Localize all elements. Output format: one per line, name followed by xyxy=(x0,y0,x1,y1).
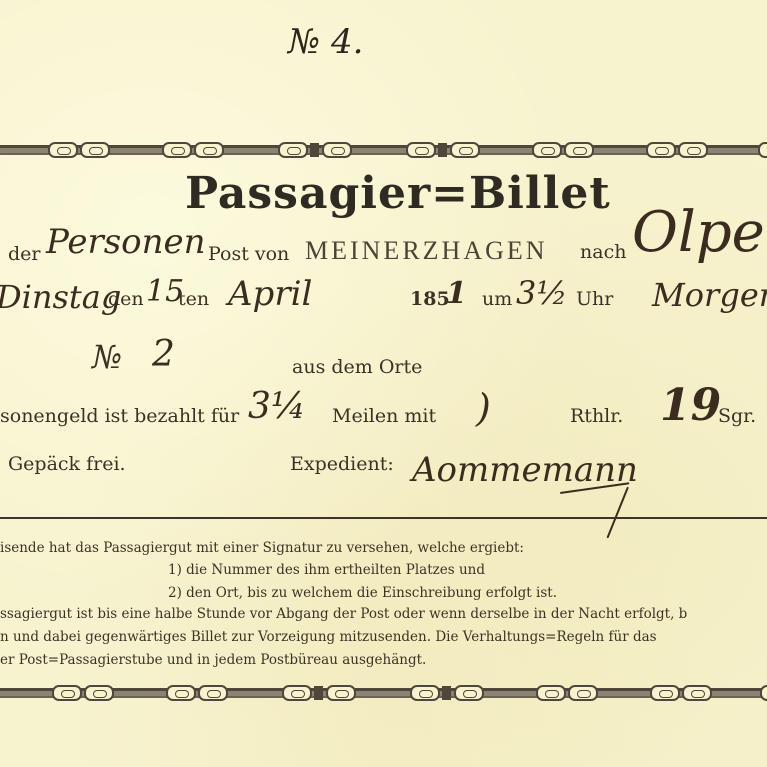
instruction-item-1: 1) die Nummer des ihm ertheilten Platzes… xyxy=(168,562,485,578)
place-label: aus dem Orte xyxy=(292,356,422,378)
ornament-icon xyxy=(758,142,767,158)
ornament-icon xyxy=(646,142,676,158)
weekday-handwritten: Dinstag xyxy=(0,278,121,316)
post-label: Post von xyxy=(208,243,289,265)
day-label-ten: ten xyxy=(178,288,209,310)
ornament-icon xyxy=(48,142,78,158)
ornament-icon xyxy=(454,685,484,701)
thaler-label: Rthlr. xyxy=(570,405,623,427)
ornament-square-icon xyxy=(438,143,447,157)
ornament-icon xyxy=(322,142,352,158)
ornament-icon xyxy=(410,685,440,701)
fare-label: sonengeld ist bezahlt für xyxy=(0,405,239,427)
ornament-icon xyxy=(564,142,594,158)
ornament-square-icon xyxy=(314,686,323,700)
day-label-den: den xyxy=(108,288,144,310)
ornament-square-icon xyxy=(442,686,451,700)
miles-label: Meilen mit xyxy=(332,405,436,427)
ornament-icon xyxy=(282,685,312,701)
ornament-icon xyxy=(650,685,680,701)
signature-flourish-tail xyxy=(606,487,628,539)
ornament-icon xyxy=(194,142,224,158)
ornament-icon xyxy=(536,685,566,701)
clerk-label: Expedient: xyxy=(290,453,394,475)
ornament-square-icon xyxy=(310,143,319,157)
distance-handwritten: 3¼ xyxy=(248,386,306,427)
period-handwritten: Morgens xyxy=(652,276,767,314)
silver-groschen-label: Sgr. xyxy=(718,405,756,427)
ticket-title: Passagier=Billet xyxy=(185,168,611,219)
silver-groschen-handwritten: 19 xyxy=(660,380,721,431)
conveyance-type-handwritten: Personen xyxy=(46,222,206,262)
ornament-icon xyxy=(760,685,767,701)
seat-number-handwritten: 2 xyxy=(152,334,175,375)
origin-town: MEINERZHAGEN xyxy=(305,236,548,266)
ornament-icon xyxy=(532,142,562,158)
ornament-icon xyxy=(326,685,356,701)
ornament-icon xyxy=(406,142,436,158)
instruction-line-6: er Post=Passagierstube und in jedem Post… xyxy=(0,652,426,668)
ornament-icon xyxy=(568,685,598,701)
time-handwritten: 3½ xyxy=(516,274,567,312)
prefix-der: der xyxy=(8,243,41,265)
number-label: № xyxy=(92,338,122,376)
instruction-line-4: ssagiergut ist bis eine halbe Stunde vor… xyxy=(0,606,687,622)
ornament-icon xyxy=(52,685,82,701)
ornament-icon xyxy=(278,142,308,158)
instruction-line-1: isende hat das Passagiergut mit einer Si… xyxy=(0,540,524,556)
top-ornamental-border xyxy=(0,145,767,155)
serial-number: № 4. xyxy=(288,22,363,62)
section-divider xyxy=(0,517,767,519)
to-label: nach xyxy=(580,241,626,263)
month-handwritten: April xyxy=(228,274,312,314)
year-digit-handwritten: 1 xyxy=(446,276,467,311)
instruction-item-2: 2) den Ort, bis zu welchem die Einschrei… xyxy=(168,585,557,601)
thaler-handwritten: ) xyxy=(476,386,491,430)
ornament-icon xyxy=(162,142,192,158)
instruction-line-5: n und dabei gegenwärtiges Billet zur Vor… xyxy=(0,629,657,645)
luggage-free-label: Gepäck frei. xyxy=(8,453,126,475)
ornament-icon xyxy=(678,142,708,158)
hour-label: Uhr xyxy=(576,288,613,310)
ornament-icon xyxy=(198,685,228,701)
time-label-um: um xyxy=(482,288,512,310)
bottom-ornamental-border xyxy=(0,688,767,698)
ornament-icon xyxy=(166,685,196,701)
ornament-icon xyxy=(450,142,480,158)
clerk-signature: Aommemann xyxy=(412,450,638,490)
year-printed: 185 xyxy=(410,288,450,310)
ornament-icon xyxy=(80,142,110,158)
ornament-icon xyxy=(84,685,114,701)
ornament-icon xyxy=(682,685,712,701)
destination-handwritten: Olpe xyxy=(632,200,765,265)
